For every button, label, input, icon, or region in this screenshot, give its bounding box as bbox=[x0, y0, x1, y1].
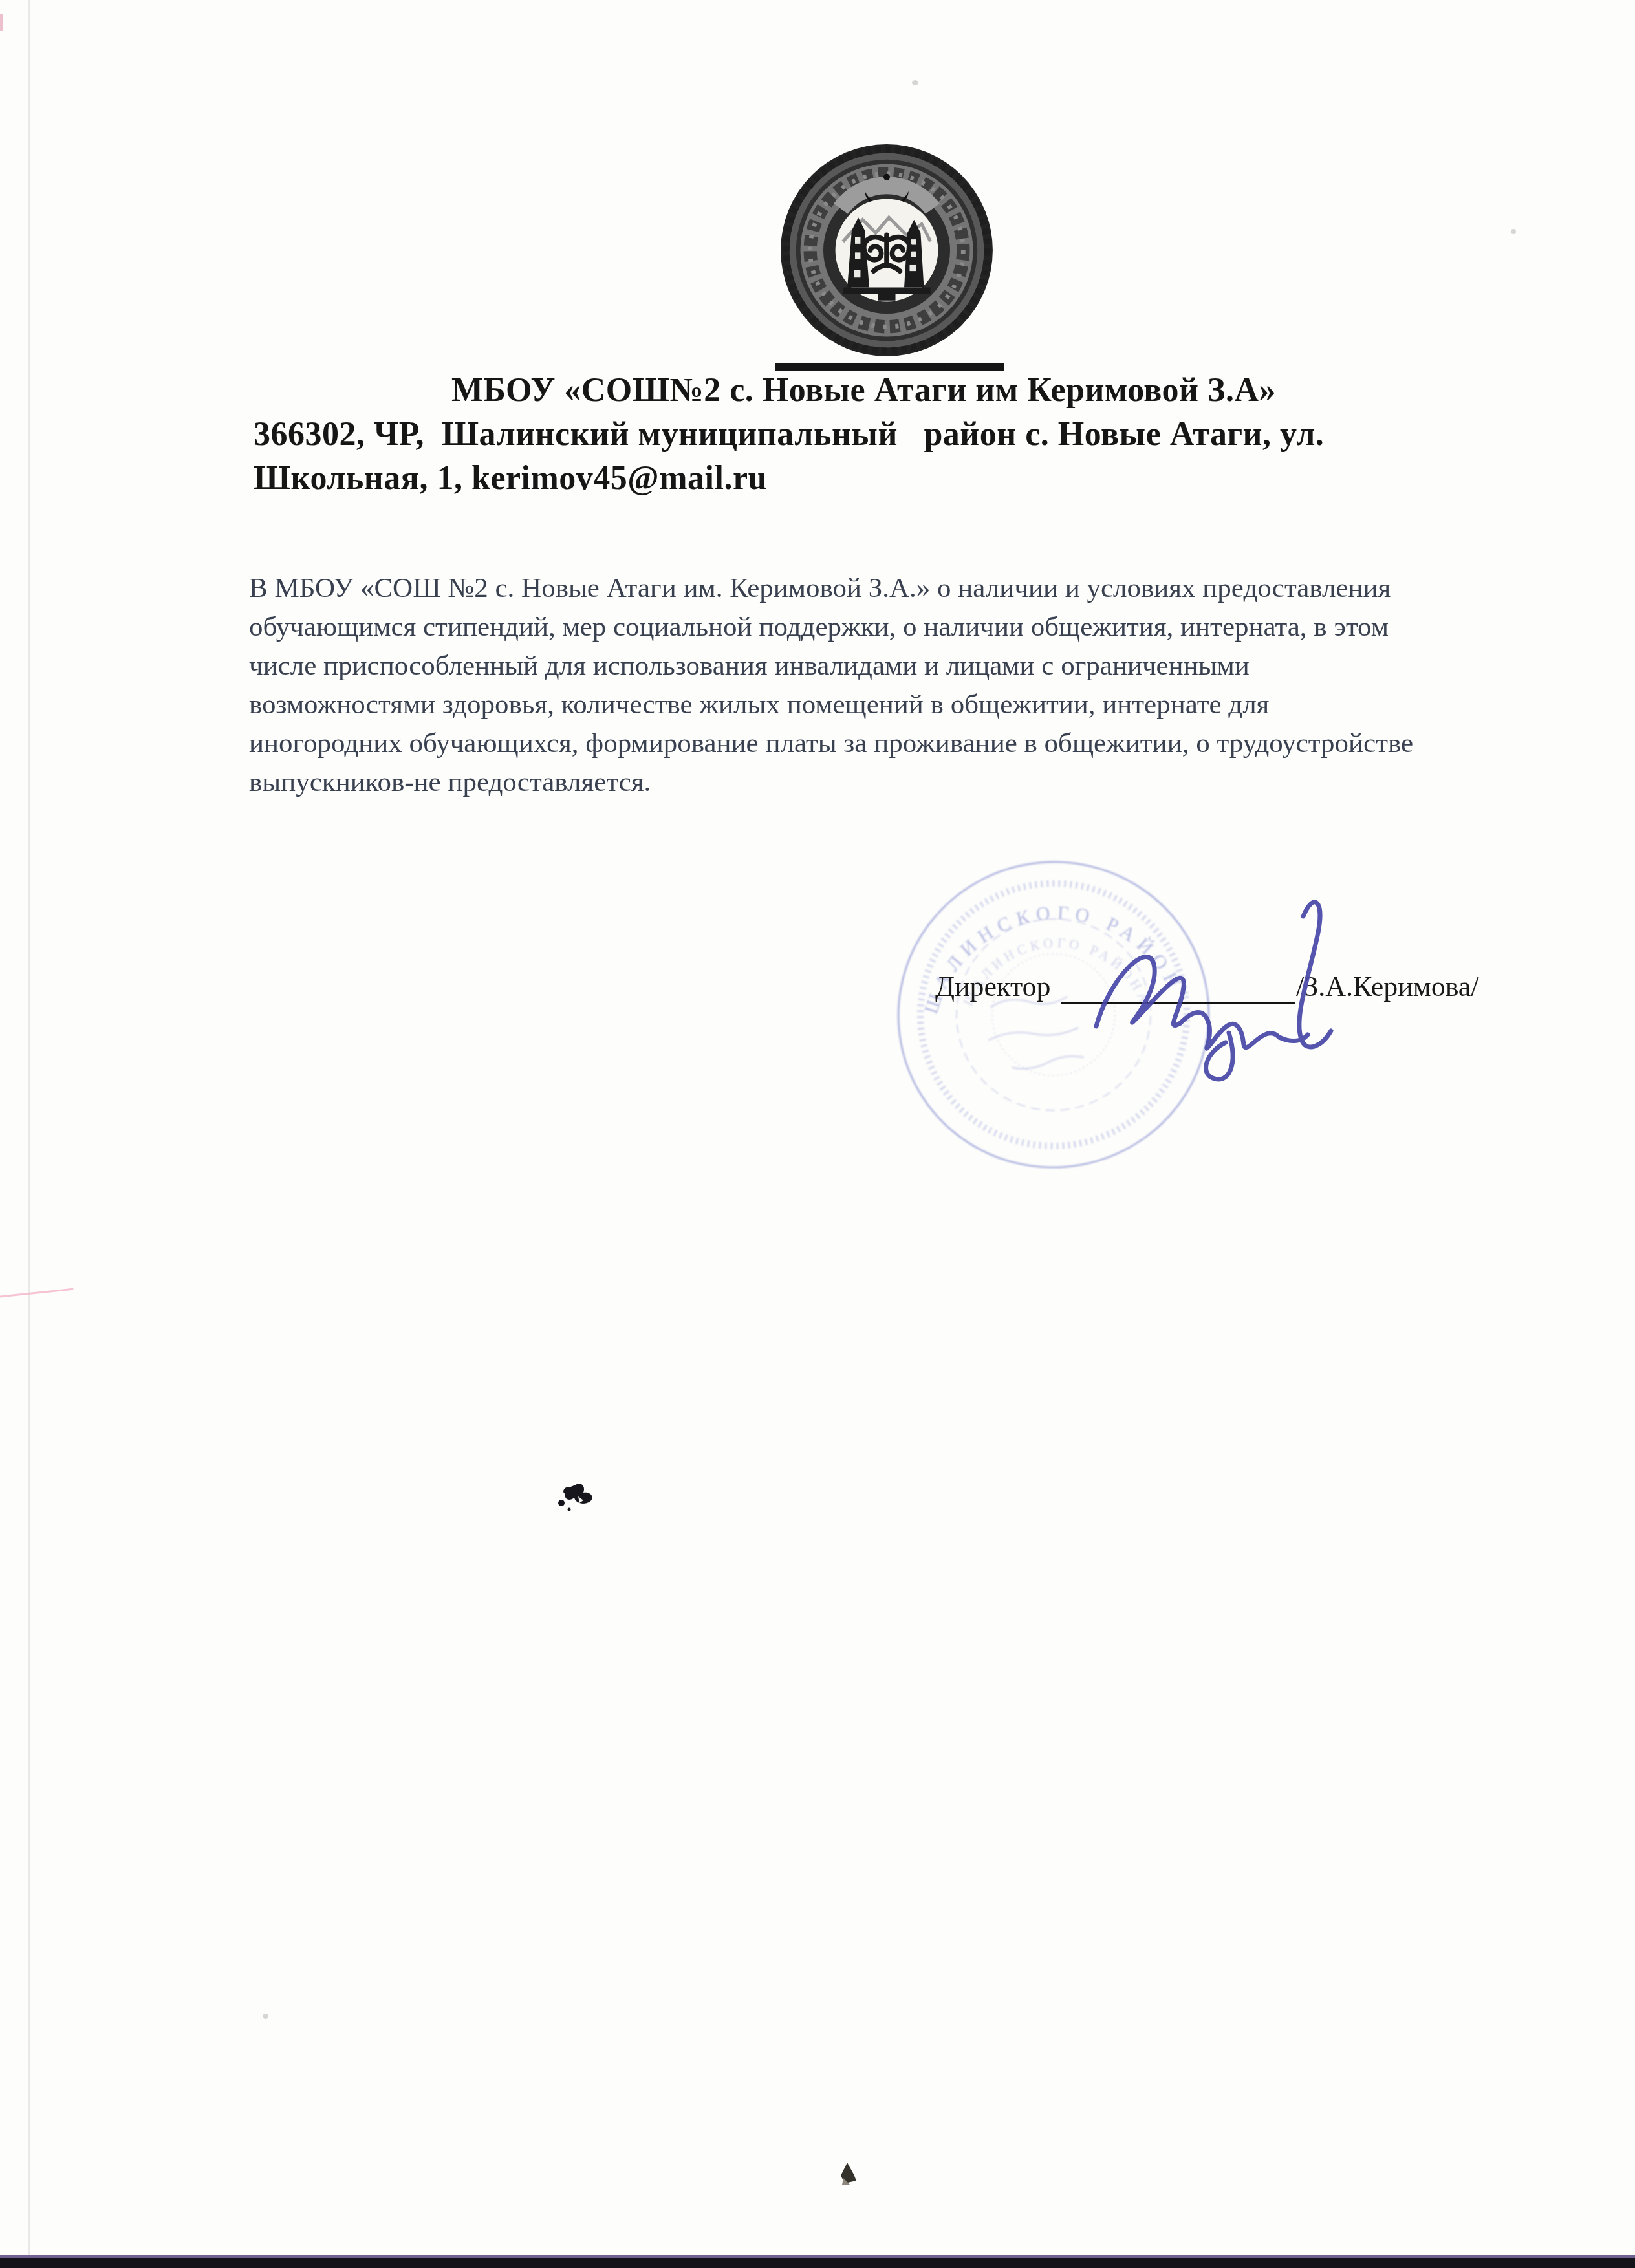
scanner-edge-line bbox=[28, 0, 30, 2268]
scan-speck bbox=[263, 2014, 268, 2019]
handwritten-signature bbox=[1074, 887, 1352, 1094]
body-paragraph: В МБОУ «СОШ №2 с. Новые Атаги им. Керимо… bbox=[249, 569, 1543, 802]
letterhead-line-1: МБОУ «СОШ№2 с. Новые Атаги им Керимовой … bbox=[254, 369, 1469, 413]
body-line: обучающимся стипендий, мер социальной по… bbox=[249, 608, 1543, 647]
scan-speck bbox=[1511, 229, 1516, 234]
scanner-bottom-strip bbox=[0, 2255, 1635, 2268]
scan-mark bbox=[0, 14, 3, 31]
body-line: возможностями здоровья, количестве жилых… bbox=[249, 686, 1543, 724]
letterhead-line-3: Школьная, 1, kerimov45@mail.ru bbox=[254, 457, 1469, 501]
scan-debris bbox=[837, 2161, 860, 2188]
scan-speck bbox=[912, 80, 918, 85]
scan-scratch bbox=[0, 1288, 74, 1298]
letterhead-line-2: 366302, ЧР, Шалинский муниципальный райо… bbox=[254, 413, 1469, 457]
chechen-republic-emblem-icon bbox=[773, 141, 1001, 360]
director-label: Директор bbox=[935, 970, 1051, 1003]
body-line: иногородних обучающихся, формирование пл… bbox=[249, 724, 1543, 763]
ink-blot bbox=[554, 1481, 600, 1515]
body-line: выпускников-не предоставляется. bbox=[249, 763, 1543, 802]
letterhead: МБОУ «СОШ№2 с. Новые Атаги им Керимовой … bbox=[254, 369, 1469, 501]
body-line: В МБОУ «СОШ №2 с. Новые Атаги им. Керимо… bbox=[249, 569, 1543, 608]
document-page: МБОУ «СОШ№2 с. Новые Атаги им Керимовой … bbox=[0, 0, 1635, 2268]
body-line: числе приспособленный для использования … bbox=[249, 647, 1543, 686]
signature-row: Директор bbox=[935, 970, 1051, 1011]
